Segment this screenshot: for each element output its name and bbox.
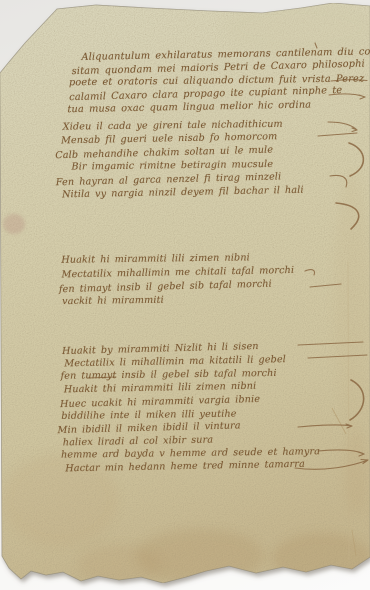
pink-stain: [3, 214, 25, 234]
paper-sheet: [0, 0, 370, 590]
manuscript-photo: Aliquantulum exhilaratus memorans cantil…: [0, 0, 370, 590]
